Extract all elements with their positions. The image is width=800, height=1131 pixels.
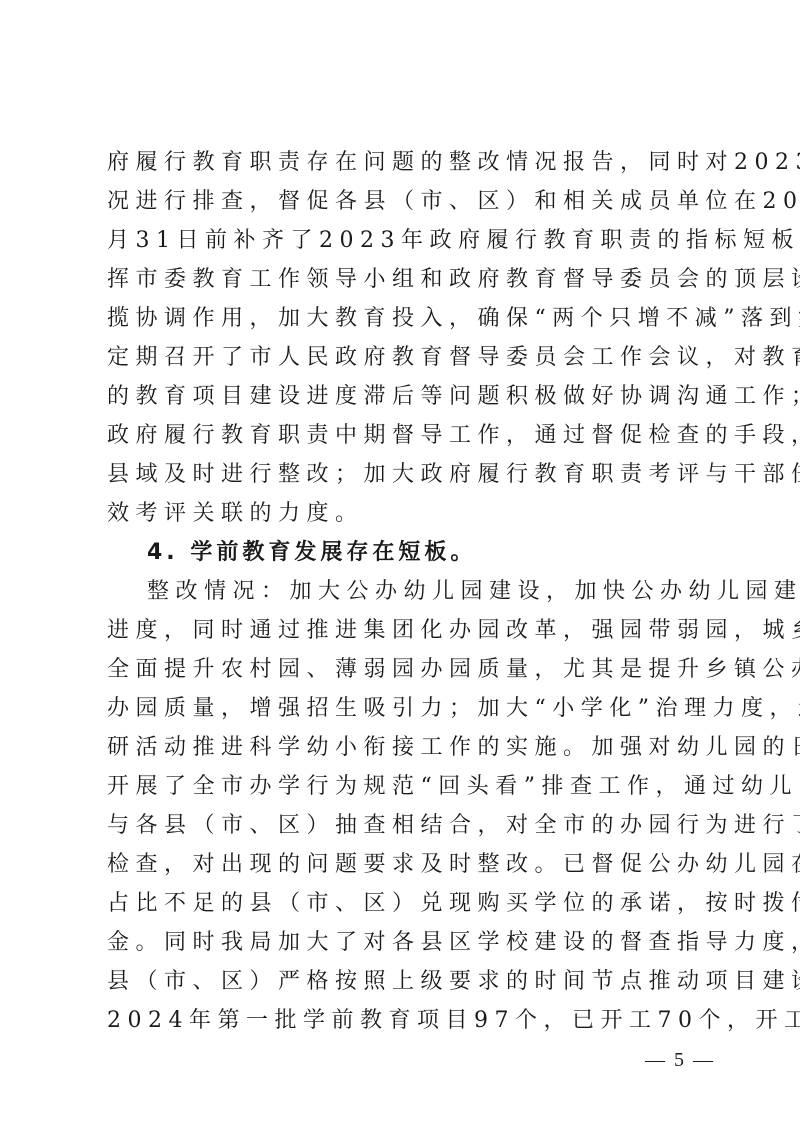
text-line: 府履行教育职责存在问题的整改情况报告，同时对2023年履职情 [107,143,713,182]
page-number: — 5 — [640,1046,715,1074]
text-line: 金。同时我局加大了对各县区学校建设的督查指导力度，要求各 [107,923,713,962]
text-line: 效考评关联的力度。 [107,494,713,533]
paragraph-body: 整改情况：加大公办幼儿园建设，加快公办幼儿园建设项目 进度，同时通过推进集团化办… [107,572,713,1040]
text-line: 定期召开了市人民政府教育督导委员会工作会议，对教育厅通报 [107,338,713,377]
text-line: 的教育项目建设进度滞后等问题积极做好协调沟通工作；做好了 [107,377,713,416]
text-line: 研活动推进科学幼小衔接工作的实施。加强对幼儿园的日常监管， [107,728,713,767]
text-line: 占比不足的县（市、区）兑现购买学位的承诺，按时拨付购买资 [107,884,713,923]
text-line: 与各县（市、区）抽查相结合，对全市的办园行为进行了全面的 [107,806,713,845]
text-line: 月31日前补齐了2023年政府履行教育职责的指标短板。充分发 [107,221,713,260]
text-line: 县（市、区）严格按照上级要求的时间节点推动项目建设工作， [107,962,713,1001]
text-line: 挥市委教育工作领导小组和政府教育督导委员会的顶层设计、统 [107,260,713,299]
text-line: 2024年第一批学前教育项目97个，已开工70个，开工率为72.1%。 [107,1001,713,1040]
text-line: 揽协调作用，加大教育投入，确保“两个只增不减”落到实处； [107,299,713,338]
text-line: 全面提升农村园、薄弱园办园质量，尤其是提升乡镇公办幼儿园 [107,650,713,689]
text-line: 进度，同时通过推进集团化办园改革，强园带弱园，城乡结对， [107,611,713,650]
text-line: 政府履行教育职责中期督导工作，通过督促检查的手段，指导各 [107,416,713,455]
text-line: 况进行排查，督促各县（市、区）和相关成员单位在2023年12 [107,182,713,221]
text-line: 整改情况：加大公办幼儿园建设，加快公办幼儿园建设项目 [107,572,713,611]
section-heading: 4. 学前教育发展存在短板。 [107,533,713,572]
heading-line: 4. 学前教育发展存在短板。 [107,533,713,572]
paragraph-continuation: 府履行教育职责存在问题的整改情况报告，同时对2023年履职情 况进行排查，督促各… [107,143,713,533]
text-line: 县域及时进行整改；加大政府履行教育职责考评与干部任用、绩 [107,455,713,494]
text-line: 办园质量，增强招生吸引力；加大“小学化”治理力度，通过教 [107,689,713,728]
text-line: 开展了全市办学行为规范“回头看”排查工作，通过幼儿园自查 [107,767,713,806]
document-page: 府履行教育职责存在问题的整改情况报告，同时对2023年履职情 况进行排查，督促各… [107,143,713,1040]
text-line: 检查，对出现的问题要求及时整改。已督促公办幼儿园在园幼儿 [107,845,713,884]
